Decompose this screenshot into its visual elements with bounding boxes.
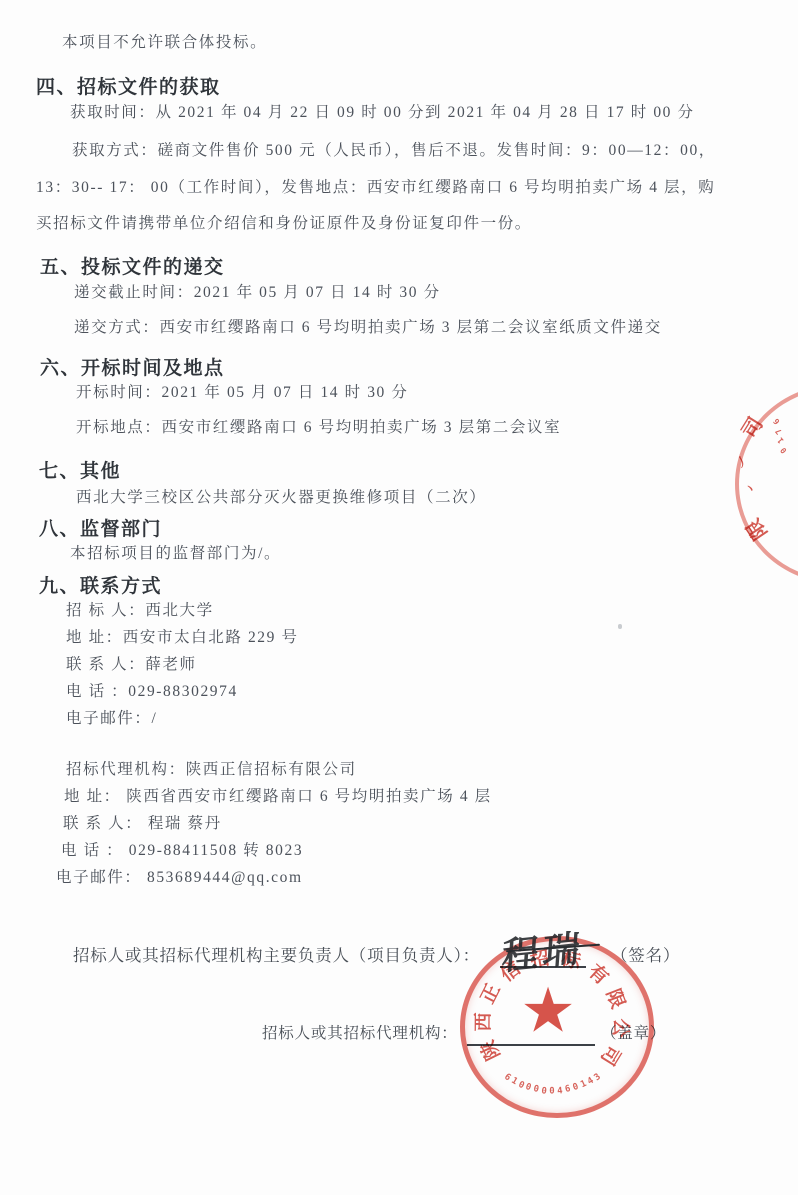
agency-email-line: 电子邮件： 853689444@qq.com: [56, 868, 303, 887]
seal-ring-char: 司: [597, 1042, 623, 1068]
section-8-heading: 八、监督部门: [39, 514, 162, 541]
agency-org-line: 招标代理机构：陕西正信招标有限公司: [66, 760, 357, 779]
document-page: 本项目不允许联合体投标。 四、招标文件的获取 获取时间：从 2021 年 04 …: [0, 0, 798, 1195]
seal-serial-digit: 1: [509, 1077, 518, 1088]
seal-serial-digit: 3: [593, 1072, 603, 1082]
stamp-line-suffix: （盖章）: [601, 1021, 666, 1043]
section-5-heading: 五、投标文件的递交: [40, 252, 225, 279]
seal-ring-char: 限: [603, 987, 628, 1012]
submit-deadline-line: 递交截止时间：2021 年 05 月 07 日 14 时 30 分: [74, 283, 441, 302]
open-time-line: 开标时间：2021 年 05 月 07 日 14 时 30 分: [76, 383, 408, 402]
seal-serial-digit: 4: [557, 1087, 563, 1097]
intro-line: 本项目不允许联合体投标。: [62, 33, 267, 52]
supervision-line: 本招标项目的监督部门为/。: [70, 544, 281, 563]
seal-serial-digit: 6: [565, 1085, 572, 1095]
submit-method-line: 递交方式：西安市红缨路南口 6 号均明拍卖广场 3 层第二会议室纸质文件递交: [74, 318, 662, 337]
project-name-line: 西北大学三校区公共部分灭火器更换维修项目（二次）: [76, 488, 486, 507]
seal-right-char: 丶: [744, 483, 756, 495]
scan-speck: [618, 624, 622, 629]
seal-right-char: 限: [743, 515, 771, 543]
agency-contact-line: 联 系 人： 程瑞 蔡丹: [63, 814, 222, 833]
open-place-line: 开标地点：西安市红缨路南口 6 号均明拍卖广场 3 层第二会议室: [76, 418, 561, 437]
acquire-method-line-2: 13：30-- 17： 00（工作时间），发售地点：西安市红缨路南口 6 号均明…: [36, 178, 715, 197]
seal-right-char: 丿: [734, 454, 750, 470]
section-4-heading: 四、招标文件的获取: [36, 72, 221, 99]
company-seal-right-partial: [735, 384, 798, 584]
tenderer-email-line: 电子邮件：/: [66, 709, 157, 728]
seal-serial-digit: 0: [572, 1083, 580, 1093]
seal-right-digit: 1: [777, 436, 786, 445]
seal-serial-digit: 1: [579, 1080, 588, 1090]
sign-line-suffix: （签名）: [611, 942, 680, 966]
tenderer-contact-line: 联 系 人：薛老师: [66, 655, 197, 674]
seal-serial-digit: 0: [516, 1080, 525, 1090]
section-7-heading: 七、其他: [39, 456, 121, 483]
sign-line-label: 招标人或其招标代理机构主要负责人（项目负责人）：: [73, 942, 480, 966]
seal-ring-char: 有: [584, 962, 611, 989]
seal-serial-digit: 0: [550, 1087, 555, 1096]
agency-address-line: 地 址： 陕西省西安市红缨路南口 6 号均明拍卖广场 4 层: [64, 787, 492, 806]
seal-right-digit: 0: [779, 445, 788, 454]
seal-ring-char: 西: [474, 1012, 493, 1031]
stamp-underline: [467, 1044, 595, 1046]
seal-ring-char: 陕: [478, 1037, 503, 1062]
section-6-heading: 六、开标时间及地点: [40, 353, 225, 380]
tenderer-address-line: 地 址：西安市太白北路 229 号: [66, 628, 299, 647]
section-9-heading: 九、联系方式: [39, 571, 162, 598]
seal-star-icon: ★: [520, 981, 576, 1043]
seal-right-digit: 7: [775, 426, 784, 435]
seal-serial-digit: 4: [586, 1077, 595, 1088]
seal-ring-char: 正: [479, 981, 505, 1007]
tenderer-phone-line: 电 话 ：029-88302974: [66, 682, 238, 701]
seal-right-digit: 6: [772, 417, 781, 426]
seal-serial-digit: 0: [524, 1083, 532, 1093]
acquire-method-line: 获取方式：磋商文件售价 500 元（人民币），售后不退。发售时间：9：00—12…: [72, 141, 716, 160]
acquire-time-line: 获取时间：从 2021 年 04 月 22 日 09 时 00 分到 2021 …: [70, 103, 695, 122]
seal-serial-digit: 0: [533, 1085, 540, 1095]
stamp-line-label: 招标人或其招标代理机构：: [262, 1021, 458, 1043]
seal-serial-digit: 6: [502, 1073, 512, 1083]
tenderer-name-line: 招 标 人：西北大学: [66, 601, 214, 620]
acquire-method-line-3: 买招标文件请携带单位介绍信和身份证原件及身份证复印件一份。: [36, 214, 532, 233]
agency-phone-line: 电 话 ： 029-88411508 转 8023: [61, 841, 303, 860]
seal-right-char: 司: [739, 414, 767, 442]
seal-serial-digit: 0: [541, 1087, 547, 1097]
